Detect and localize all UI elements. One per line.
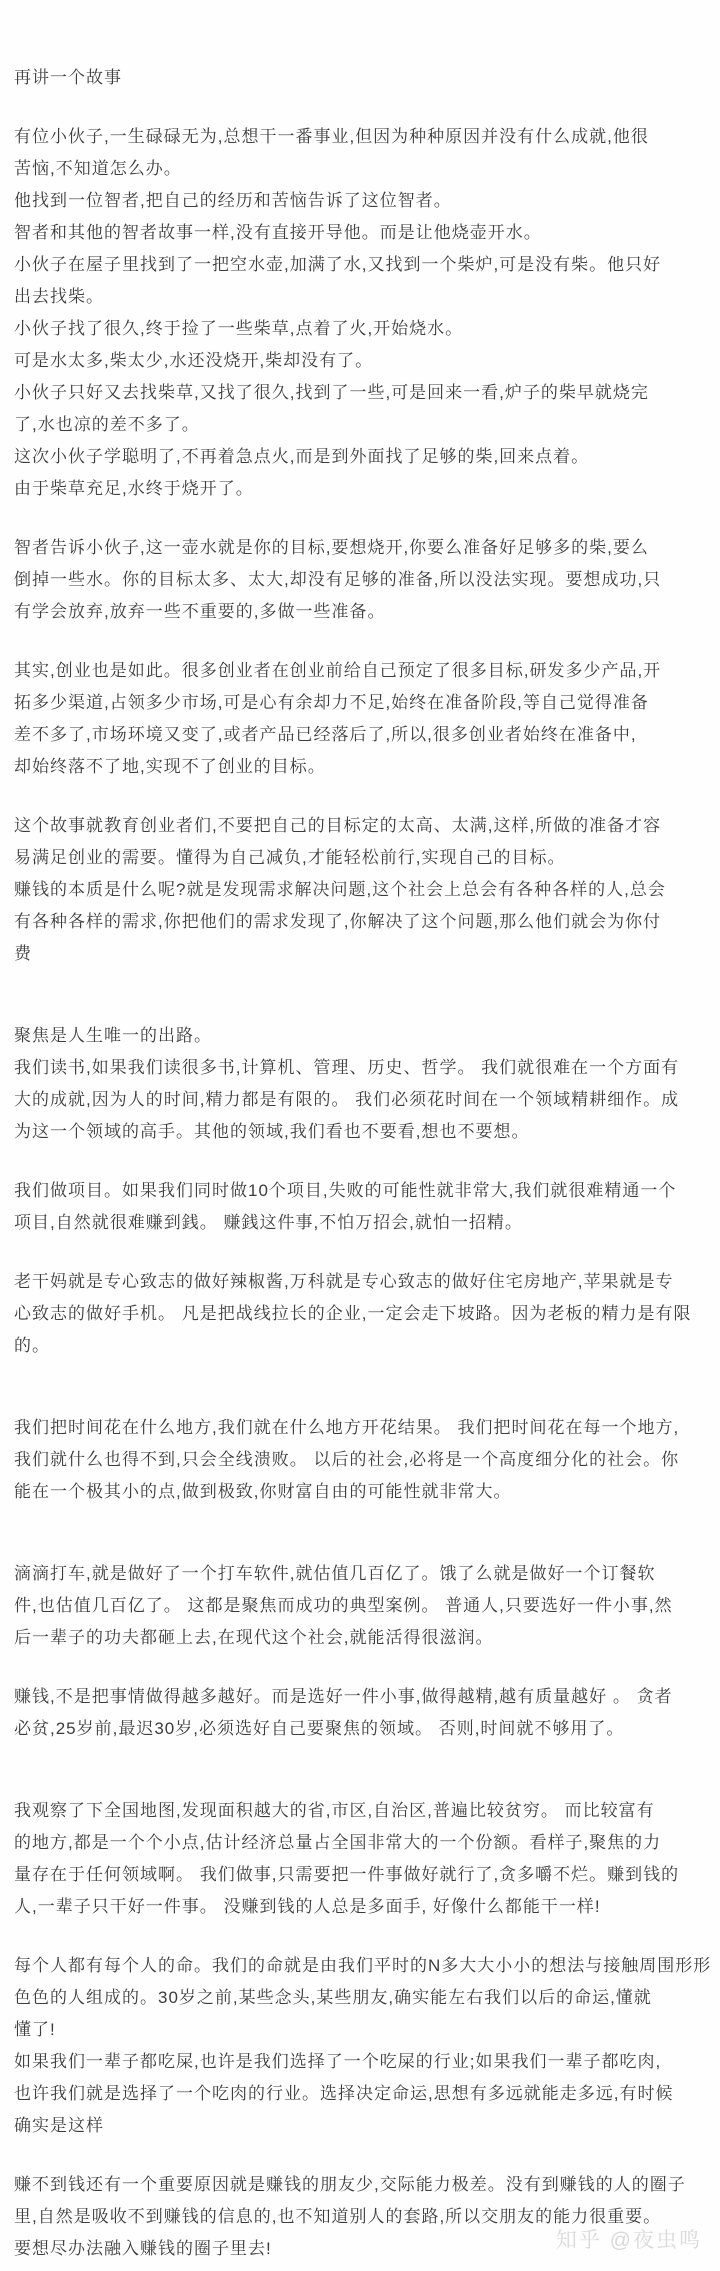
text-line: 的。 xyxy=(14,1330,706,1362)
text-line: 心致志的做好手机。 凡是把战线拉长的企业,一定会走下坡路。因为老板的精力是有限 xyxy=(14,1298,706,1330)
text-line: 他找到一位智者,把自己的经历和苦恼告诉了这位智者。 xyxy=(14,185,706,217)
text-line: 项目,自然就很难赚到銭。 赚銭这件事,不怕万招会,就怕一招精。 xyxy=(14,1207,706,1239)
text-line: 其实,创业也是如此。很多创业者在创业前给自己预定了很多目标,研发多少产品,开 xyxy=(14,655,706,687)
text-line: 滴滴打车,就是做好了一个打车软件,就估值几百亿了。饿了么就是做好一个订餐软 xyxy=(14,1558,706,1590)
text-line: 这个故事就教育创业者们,不要把自己的目标定的太高、太满,这样,所做的准备才容 xyxy=(14,810,706,842)
text-line: 可是水太多,柴太少,水还没烧开,柴却没有了。 xyxy=(14,345,706,377)
text-line: 有位小伙子,一生碌碌无为,总想干一番事业,但因为种种原因并没有什么成就,他很 xyxy=(14,121,706,153)
paragraph-block: 智者告诉小伙子,这一壶水就是你的目标,要想烧开,你要么准备好足够多的柴,要么倒掉… xyxy=(14,532,706,628)
text-line: 老干妈就是专心致志的做好辣椒酱,万科就是专心致志的做好住宅房地产,苹果就是专 xyxy=(14,1266,706,1298)
text-line: 色色的人组成的。30岁之前,某些念头,某些朋友,确实能左右我们以后的命运,懂就 xyxy=(14,1982,706,2014)
text-line: 出去找柴。 xyxy=(14,281,706,313)
text-line: 却始终落不了地,实现不了创业的目标。 xyxy=(14,751,706,783)
article-title: 再讲一个故事 xyxy=(14,62,706,94)
paragraph-block: 其实,创业也是如此。很多创业者在创业前给自己预定了很多目标,研发多少产品,开拓多… xyxy=(14,655,706,783)
paragraph-block: 这个故事就教育创业者们,不要把自己的目标定的太高、太满,这样,所做的准备才容易满… xyxy=(14,810,706,970)
text-line: 智者告诉小伙子,这一壶水就是你的目标,要想烧开,你要么准备好足够多的柴,要么 xyxy=(14,532,706,564)
text-line: 由于柴草充足,水终于烧开了。 xyxy=(14,473,706,505)
text-line: 每个人都有每个人的命。我们的命就是由我们平时的N多大大小小的想法与接触周围形形 xyxy=(14,1950,706,1982)
text-line: 小伙子在屋子里找到了一把空水壶,加满了水,又找到一个柴炉,可是没有柴。他只好 xyxy=(14,249,706,281)
article-body: 再讲一个故事 有位小伙子,一生碌碌无为,总想干一番事业,但因为种种原因并没有什么… xyxy=(0,0,720,2265)
text-line: 我观察了下全国地图,发现面积越大的省,市区,自治区,普遍比较贫穷。 而比较富有 xyxy=(14,1795,706,1827)
text-line: 赚钱,不是把事情做得越多越好。而是选好一件小事,做得越精,越有质量越好 。 贪者 xyxy=(14,1681,706,1713)
text-line: 赚钱的本质是什么呢?就是发现需求解决问题,这个社会上总会有各种各样的人,总会 xyxy=(14,874,706,906)
paragraph-block: 我们做项目。如果我们同时做10个项目,失败的可能性就非常大,我们就很难精通一个项… xyxy=(14,1175,706,1239)
paragraph-block: 赚钱,不是把事情做得越多越好。而是选好一件小事,做得越精,越有质量越好 。 贪者… xyxy=(14,1681,706,1745)
paragraph-block: 老干妈就是专心致志的做好辣椒酱,万科就是专心致志的做好住宅房地产,苹果就是专心致… xyxy=(14,1266,706,1362)
text-line: 件,也估值几百亿了。 这都是聚焦而成功的典型案例。 普通人,只要选好一件小事,然 xyxy=(14,1590,706,1622)
watermark: 知乎 @夜虫鸣 xyxy=(556,2224,702,2254)
text-line: 大的成就,因为人的时间,精力都是有限的。 我们必须花时间在一个领域精耕细作。成 xyxy=(14,1084,706,1116)
text-line: 赚不到钱还有一个重要原因就是赚钱的朋友少,交际能力极差。没有到赚钱的人的圈子 xyxy=(14,2169,706,2201)
text-line: 苦恼,不知道怎么办。 xyxy=(14,153,706,185)
text-line: 聚焦是人生唯一的出路。 xyxy=(14,1020,706,1052)
paragraph-block: 每个人都有每个人的命。我们的命就是由我们平时的N多大大小小的想法与接触周围形形色… xyxy=(14,1950,706,2142)
text-line: 费 xyxy=(14,938,706,970)
text-line: 智者和其他的智者故事一样,没有直接开导他。而是让他烧壶开水。 xyxy=(14,217,706,249)
text-line: 能在一个极其小的点,做到极致,你财富自由的可能性就非常大。 xyxy=(14,1476,706,1508)
text-line: 易满足创业的需要。懂得为自己减负,才能轻松前行,实现自己的目标。 xyxy=(14,842,706,874)
text-line: 差不多了,市场环境又变了,或者产品已经落后了,所以,很多创业者始终在准备中, xyxy=(14,719,706,751)
text-line: 人,一辈子只干好一件事。 没赚到钱的人总是多面手, 好像什么都能干一样! xyxy=(14,1891,706,1923)
text-line: 了,水也凉的差不多了。 xyxy=(14,409,706,441)
paragraph-block: 滴滴打车,就是做好了一个打车软件,就估值几百亿了。饿了么就是做好一个订餐软件,也… xyxy=(14,1558,706,1654)
text-line: 确实是这样 xyxy=(14,2110,706,2142)
text-line: 的地方,都是一个个小点,估计经济总量占全国非常大的一个份额。看样子,聚焦的力 xyxy=(14,1827,706,1859)
paragraph-block: 有位小伙子,一生碌碌无为,总想干一番事业,但因为种种原因并没有什么成就,他很苦恼… xyxy=(14,121,706,505)
text-line: 有学会放弃,放弃一些不重要的,多做一些准备。 xyxy=(14,596,706,628)
text-line: 我们把时间花在什么地方,我们就在什么地方开花结果。 我们把时间花在每一个地方, xyxy=(14,1412,706,1444)
text-line: 我们读书,如果我们读很多书,计算机、管理、历史、哲学。 我们就很难在一个方面有 xyxy=(14,1052,706,1084)
text-line: 拓多少渠道,占领多少市场,可是心有余却力不足,始终在准备阶段,等自己觉得准备 xyxy=(14,687,706,719)
text-line: 量存在于任何领域啊。 我们做事,只需要把一件事做好就行了,贪多嚼不烂。赚到钱的 xyxy=(14,1859,706,1891)
text-line: 后一辈子的功夫都砸上去,在现代这个社会,就能活得很滋润。 xyxy=(14,1622,706,1654)
text-line: 懂了! xyxy=(14,2014,706,2046)
text-line: 也许我们就是选择了一个吃肉的行业。选择决定命运,思想有多远就能走多远,有时候 xyxy=(14,2078,706,2110)
text-line: 倒掉一些水。你的目标太多、太大,却没有足够的准备,所以没法实现。要想成功,只 xyxy=(14,564,706,596)
text-line: 必贫,25岁前,最迟30岁,必须选好自己要聚焦的领域。 否则,时间就不够用了。 xyxy=(14,1713,706,1745)
text-line: 我们就什么也得不到,只会全线溃败。 以后的社会,必将是一个高度细分化的社会。你 xyxy=(14,1444,706,1476)
text-line: 这次小伙子学聪明了,不再着急点火,而是到外面找了足够的柴,回来点着。 xyxy=(14,441,706,473)
text-line: 我们做项目。如果我们同时做10个项目,失败的可能性就非常大,我们就很难精通一个 xyxy=(14,1175,706,1207)
paragraph-block: 聚焦是人生唯一的出路。我们读书,如果我们读很多书,计算机、管理、历史、哲学。 我… xyxy=(14,1020,706,1148)
text-line: 小伙子找了很久,终于捡了一些柴草,点着了火,开始烧水。 xyxy=(14,313,706,345)
text-line: 为这一个领域的高手。其他的领域,我们看也不要看,想也不要想。 xyxy=(14,1116,706,1148)
text-line: 如果我们一辈子都吃屎,也许是我们选择了一个吃屎的行业;如果我们一辈子都吃肉, xyxy=(14,2046,706,2078)
text-line: 小伙子只好又去找柴草,又找了很久,找到了一些,可是回来一看,炉子的柴早就烧完 xyxy=(14,377,706,409)
paragraph-block: 我观察了下全国地图,发现面积越大的省,市区,自治区,普遍比较贫穷。 而比较富有的… xyxy=(14,1795,706,1923)
text-line: 有各种各样的需求,你把他们的需求发现了,你解决了这个问题,那么他们就会为你付 xyxy=(14,906,706,938)
paragraph-block: 我们把时间花在什么地方,我们就在什么地方开花结果。 我们把时间花在每一个地方,我… xyxy=(14,1412,706,1508)
